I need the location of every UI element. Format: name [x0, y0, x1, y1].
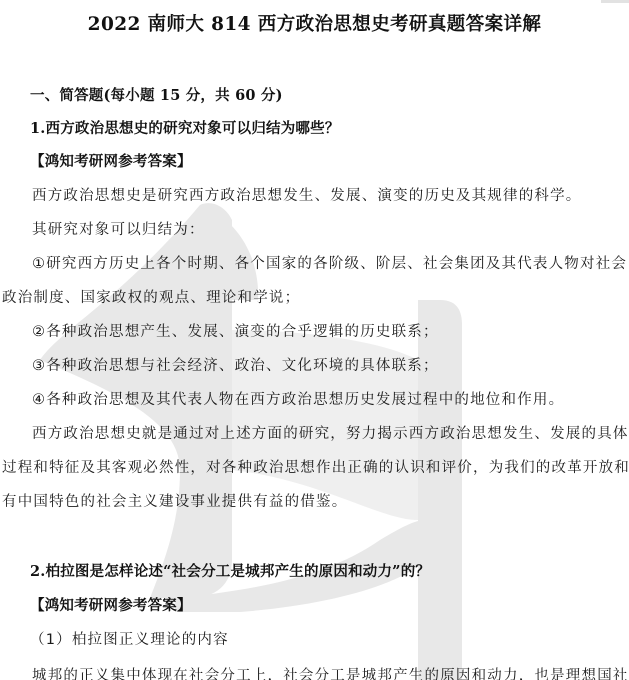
- document-page: 2022 南师大 814 西方政治思想史考研真题答案详解 一、简答题(每小题 1…: [0, 0, 629, 680]
- question-1-conclusion: 西方政治思想史就是通过对上述方面的研究，努力揭示西方政治思想发生、发展的具体: [32, 424, 629, 444]
- question-1-paragraph: 其研究对象可以归结为：: [32, 220, 205, 240]
- question-1-list-item-4: ④各种政治思想及其代表人物在西方政治思想历史发展过程中的地位和作用。: [32, 390, 564, 410]
- question-2-paragraph: 城邦的正义集中体现在社会分工上，社会分工是城邦产生的原因和动力，也是理想国社: [32, 666, 629, 680]
- question-1-paragraph: 西方政治思想史是研究西方政治思想发生、发展、演变的历史及其规律的科学。: [32, 186, 582, 206]
- question-1-conclusion-continued: 有中国特色的社会主义建设事业提供有益的借鉴。: [2, 492, 347, 512]
- page-edge-mark: [601, 0, 629, 3]
- section-heading: 一、简答题(每小题 15 分，共 60 分): [30, 86, 283, 106]
- question-2-title: 2.柏拉图是怎样论述“社会分工是城邦产生的原因和动力”的？: [30, 562, 430, 582]
- question-1-list-item-2: ②各种政治思想产生、发展、演变的合乎逻辑的历史联系；: [32, 322, 439, 342]
- question-1-conclusion-continued: 过程和特征及其客观必然性，对各种政治思想作出正确的认识和评价，为我们的改革开放和: [2, 458, 629, 478]
- question-2-subheading: （1）柏拉图正义理论的内容: [30, 630, 229, 650]
- question-2-answer-label: 【鸿知考研网参考答案】: [30, 596, 192, 616]
- question-1-list-item-1: ①研究西方历史上各个时期、各个国家的各阶级、阶层、社会集团及其代表人物对社会: [32, 254, 627, 274]
- question-1-answer-label: 【鸿知考研网参考答案】: [30, 152, 192, 172]
- question-1-title: 1.西方政治思想史的研究对象可以归结为哪些？: [30, 119, 340, 139]
- document-title: 2022 南师大 814 西方政治思想史考研真题答案详解: [0, 12, 629, 38]
- question-1-list-item-1-continued: 政治制度、国家政权的观点、理论和学说；: [2, 288, 300, 308]
- question-1-list-item-3: ③各种政治思想与社会经济、政治、文化环境的具体联系；: [32, 356, 439, 376]
